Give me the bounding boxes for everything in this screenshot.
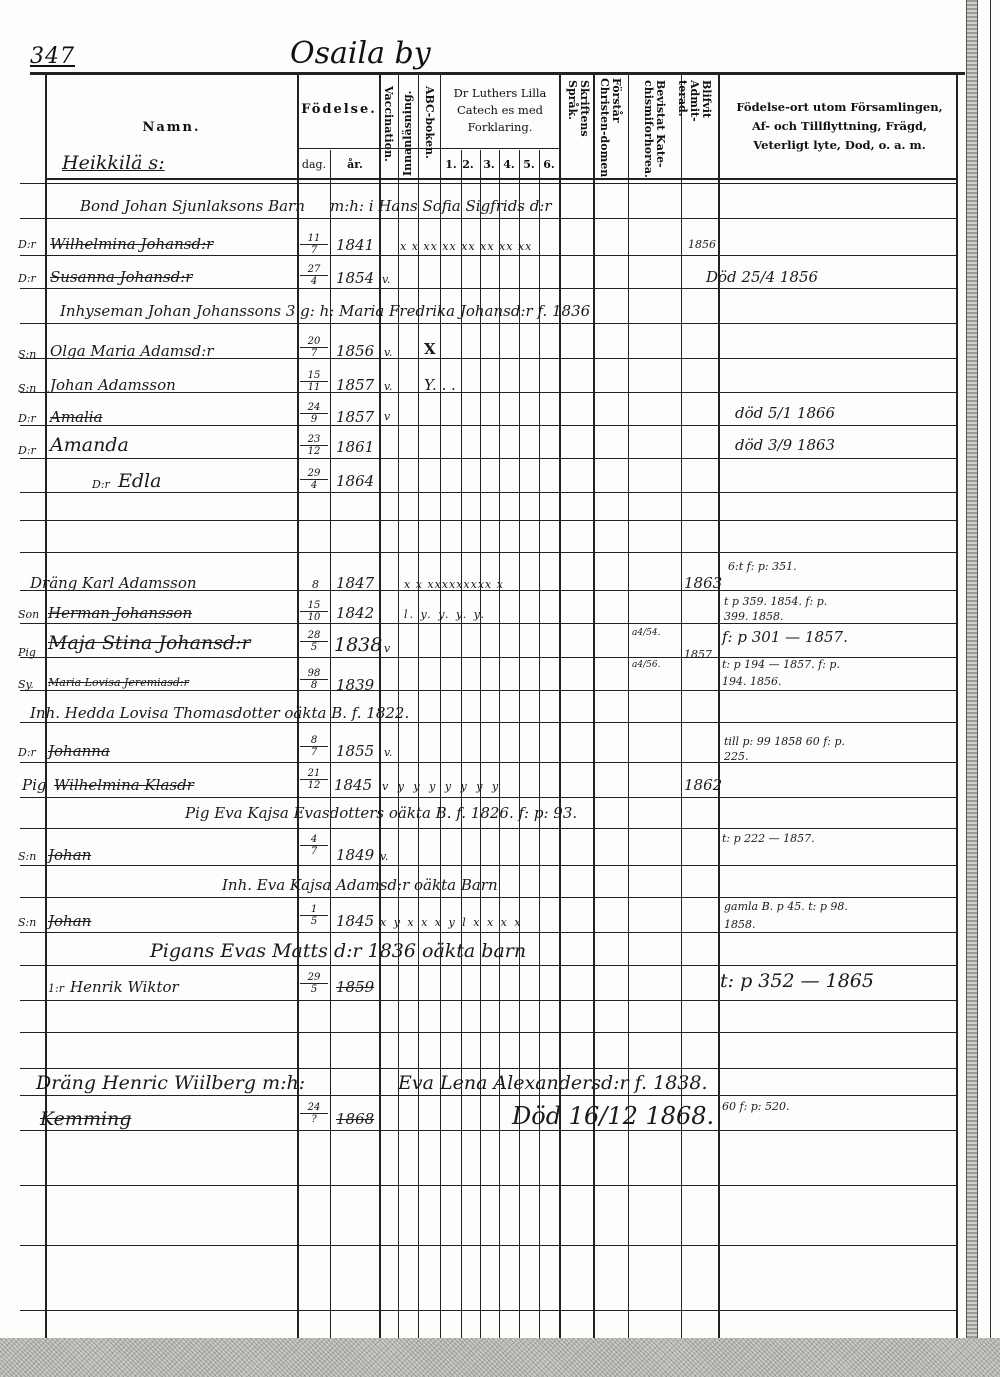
- row-rule: [20, 1000, 957, 1001]
- entry-heading: Pig Eva Kajsa Evasdotters oäkta B. f. 18…: [185, 804, 577, 822]
- header-birth-day: dag.: [298, 158, 330, 171]
- entry-name: Johan Adamsson: [50, 376, 176, 394]
- entry-year: 1861: [336, 438, 374, 456]
- entry-vacc: v.: [384, 380, 392, 393]
- entry-vacc: v.: [380, 850, 388, 863]
- entry-name: Wilhelmina Klasdr: [54, 776, 194, 794]
- entry-remarks: 60 f: p: 520.: [722, 1100, 790, 1113]
- header-catechism-part-3: 3.: [480, 158, 498, 171]
- entry-remarks: gamla B. p 45. t: p 98. 1858.: [724, 898, 854, 934]
- entry-prefix: 1:r: [48, 982, 64, 995]
- row-rule: [20, 1068, 957, 1069]
- entry-day: 117: [300, 233, 328, 256]
- entry-day: 1511: [300, 370, 328, 393]
- entry-year: 1839: [336, 676, 374, 694]
- scan-edge-noise: [0, 1338, 1000, 1377]
- entry-heading: Inh. Hedda Lovisa Thomasdotter oäkta B. …: [30, 704, 409, 722]
- grid-col-bevistat: [628, 75, 629, 1340]
- header-sub-rule: [298, 148, 560, 149]
- entry-year: 1842: [336, 604, 374, 622]
- entry-name: Henrik Wiktor: [70, 978, 179, 996]
- entry-year: 1868: [336, 1110, 374, 1128]
- entry-year: 1845: [334, 776, 372, 794]
- entry-remarks: död 5/1 1866: [735, 404, 835, 422]
- entry-year: 1849: [336, 846, 374, 864]
- entry-prefix: S:n: [18, 850, 36, 863]
- row-rule: [20, 520, 957, 521]
- entry-marks: l. y. y. y. y.: [404, 608, 486, 621]
- entry-remarks: t: p 194 — 1857. f: p. 194. 1856.: [722, 656, 852, 690]
- header-remarks-1: Födelse-ort utom Församlingen,: [722, 100, 957, 114]
- entry-bevistat: a4/54.: [632, 628, 660, 638]
- entry-name: Johanna: [48, 742, 110, 760]
- entry-prefix: S:n: [18, 382, 36, 395]
- grid-col-forstar: [593, 75, 595, 1340]
- header-innanlasning: Innanläsning.: [402, 86, 414, 176]
- entry-prefix: Dräng: [30, 574, 77, 592]
- entry-admitted: 1856: [688, 238, 716, 251]
- entry-day: 8: [312, 578, 319, 591]
- grid-col-abc: [418, 75, 419, 1340]
- row-rule: [20, 425, 957, 426]
- entry-vacc: v.: [384, 346, 392, 359]
- entry-name: Herman Johansson: [48, 604, 192, 622]
- entry-name: Kemming: [40, 1108, 131, 1130]
- grid-col-cat6: [539, 150, 540, 1340]
- entry-year: 1845: [336, 912, 374, 930]
- entry-year: 1855: [336, 742, 374, 760]
- entry-day: 207: [300, 336, 328, 359]
- entry-day: 988: [300, 668, 328, 691]
- register-page: 347 Osaila by Namn. Födelse. dag. år. Va…: [0, 0, 1000, 1377]
- grid-col-cat4: [499, 150, 500, 1340]
- entry-day: 2312: [300, 434, 328, 457]
- row-rule: [20, 865, 957, 866]
- row-rule: [20, 1130, 957, 1131]
- entry-year: 1854: [336, 269, 374, 287]
- entry-name: Olga Maria Adamsd:r: [50, 342, 214, 360]
- entry-admitted: 1863: [684, 574, 722, 592]
- row-rule: [20, 288, 957, 289]
- row-rule: [20, 1185, 957, 1186]
- header-remarks-3: Veterligt lyte, Dod, o. a. m.: [722, 138, 957, 152]
- book-binding: [966, 0, 978, 1338]
- entry-marks: Y. . .: [424, 376, 456, 394]
- header-bottom-rule: [45, 178, 957, 180]
- entry-bevistat: a4/56.: [632, 660, 660, 670]
- grid-col-skrift: [559, 75, 561, 1340]
- entry-prefix: Son: [18, 608, 39, 621]
- entry-prefix: S:n: [18, 916, 36, 929]
- entry-remarks: t: p 222 — 1857.: [722, 832, 815, 845]
- entry-day: 274: [300, 264, 328, 287]
- entry-prefix: D:r: [18, 238, 36, 251]
- header-catechism-part-4: 4.: [500, 158, 518, 171]
- entry-prefix: Sy.: [18, 678, 34, 691]
- entry-heading-extra: Eva Lena Alexandersd:r f. 1838.: [398, 1072, 708, 1094]
- entry-day: 2112: [300, 768, 328, 791]
- entry-vacc: v: [384, 642, 390, 655]
- row-rule: [20, 1310, 957, 1311]
- entry-vacc: v: [384, 410, 390, 423]
- entry-remarks: Död 25/4 1856: [706, 268, 818, 286]
- entry-prefix: D:r: [18, 272, 36, 285]
- row-rule: [20, 492, 957, 493]
- entry-day: 47: [300, 834, 328, 857]
- entry-remarks: t p 359. 1854. f: p. 399. 1858.: [724, 594, 844, 624]
- row-rule: [20, 828, 957, 829]
- entry-heading-extra: m:h: i Hans Sofia Sigfrids d:r: [330, 197, 552, 215]
- header-vaccination: Vaccination.: [382, 86, 394, 176]
- header-bevistat: Bevistat Kate-chismiforhorea.: [640, 80, 666, 180]
- entry-remarks: till p: 99 1858 60 f: p. 225.: [724, 734, 854, 764]
- entry-name: Susanna Johansd:r: [50, 268, 192, 286]
- village-title: Osaila by: [290, 36, 431, 71]
- header-catechism-part-2: 2.: [461, 158, 475, 171]
- grid-right-border: [956, 75, 958, 1340]
- entry-admitted: 1857: [684, 648, 712, 661]
- row-rule: [20, 183, 957, 184]
- grid-col-remarks: [718, 75, 720, 1340]
- row-rule: [20, 552, 957, 553]
- entry-heading: Dräng Henric Wiilberg m:h:: [36, 1072, 305, 1094]
- right-edge-line: [990, 0, 991, 1338]
- entry-heading: Pigans Evas Matts d:r 1836 oäkta barn: [150, 940, 526, 962]
- entry-name: Maja Stina Johansd:r: [48, 632, 251, 654]
- header-catechism-1: Dr Luthers Lilla: [440, 86, 560, 100]
- entry-year: 1857: [336, 408, 374, 426]
- entry-year: 1838: [334, 634, 382, 656]
- grid-col-blifvit: [681, 75, 682, 1340]
- entry-heading: Inh. Eva Kajsa Adamsd:r oäkta Barn: [222, 876, 498, 894]
- row-rule: [20, 458, 957, 459]
- header-birth: Födelse.: [298, 102, 380, 117]
- row-rule: [20, 722, 957, 723]
- farm-name: Heikkilä s:: [62, 152, 165, 174]
- entry-name: Karl Adamsson: [82, 574, 197, 592]
- header-abc-boken: ABC-boken.: [423, 86, 435, 176]
- row-rule: [20, 1032, 957, 1033]
- entry-remarks: t: p 352 — 1865: [720, 970, 874, 992]
- grid-col-year: [330, 150, 331, 1340]
- header-catechism-part-6: 6.: [540, 158, 558, 171]
- row-rule: [20, 218, 957, 219]
- entry-prefix: Pig: [18, 646, 36, 659]
- entry-name: Johan: [48, 912, 91, 930]
- entry-prefix: D:r: [18, 412, 36, 425]
- entry-marks: x x xx xx xx xx xx xx: [400, 240, 532, 253]
- entry-name: Johan: [48, 846, 91, 864]
- row-rule: [20, 690, 957, 691]
- grid-col-cat: [440, 75, 441, 1340]
- entry-year: 1857: [336, 376, 374, 394]
- entry-prefix: D:r: [18, 746, 36, 759]
- entry-day: 295: [300, 972, 328, 995]
- header-catechism-part-5: 5.: [520, 158, 538, 171]
- header-name: Namn.: [45, 120, 298, 135]
- entry-day: 294: [300, 468, 328, 491]
- entry-year: 1859: [336, 978, 374, 996]
- entry-day: 24?: [300, 1102, 328, 1125]
- entry-year: 1847: [336, 574, 374, 592]
- header-remarks-2: Af- och Tillflyttning, Frägd,: [722, 119, 957, 133]
- row-rule: [20, 1245, 957, 1246]
- entry-marks: X: [424, 340, 436, 358]
- row-rule: [20, 255, 957, 256]
- entry-name: Amanda: [50, 434, 129, 456]
- grid-col-cat2: [461, 150, 462, 1340]
- grid-col-cat5: [519, 150, 520, 1340]
- entry-marks: v y y y y y y y: [382, 780, 501, 793]
- header-blifvit: Blifvit Admit-terad.: [686, 80, 712, 150]
- entry-year: 1841: [336, 236, 374, 254]
- entry-year: 1864: [336, 472, 374, 490]
- entry-name: Wilhelmina Johansd:r: [50, 235, 213, 253]
- header-skriftens-sprak: Skriftens Språk.: [566, 80, 590, 180]
- header-catechism-part-1: 1.: [444, 158, 458, 171]
- entry-day: 87: [300, 735, 328, 758]
- entry-marks: x y x x x y l x x x x: [380, 916, 523, 929]
- entry-heading: Bond Johan Sjunlaksons Barn: [80, 197, 305, 215]
- entry-day: 249: [300, 402, 328, 425]
- row-rule: [20, 797, 957, 798]
- header-forstar: Förstår Christen-domen.: [596, 78, 622, 183]
- entry-death-note: Död 16/12 1868.: [512, 1102, 714, 1130]
- row-rule: [20, 965, 957, 966]
- entry-marks: x x xxxxxxxxx x: [404, 578, 504, 591]
- entry-prefix: D:r: [18, 444, 36, 457]
- entry-day: 1510: [300, 600, 328, 623]
- entry-prefix: D:r: [92, 478, 110, 491]
- entry-admitted: 1862: [684, 776, 722, 794]
- entry-name: Maria Lovisa Jeremiasd:r: [48, 676, 189, 689]
- entry-vacc: v.: [382, 273, 390, 286]
- entry-day: 285: [300, 630, 328, 653]
- header-birth-year: år.: [330, 158, 380, 171]
- grid-col-cat3: [480, 150, 481, 1340]
- entry-prefix: Pig: [22, 776, 47, 794]
- row-rule: [20, 1095, 957, 1096]
- entry-heading: Inhyseman Johan Johanssons 3 g: h: Maria…: [60, 302, 590, 320]
- entry-day: 15: [300, 904, 328, 927]
- entry-year: 1856: [336, 342, 374, 360]
- entry-vacc: v.: [384, 746, 392, 759]
- header-catechism-3: Forklaring.: [440, 120, 560, 134]
- entry-remarks: 6:t f: p: 351.: [728, 560, 797, 573]
- row-rule: [20, 323, 957, 324]
- header-catechism-2: Catech es med: [440, 103, 560, 117]
- top-rule: [30, 72, 965, 75]
- entry-name: Edla: [118, 470, 161, 492]
- entry-name: Amalia: [50, 408, 103, 426]
- entry-remarks: död 3/9 1863: [735, 436, 835, 454]
- entry-prefix: S:n: [18, 348, 36, 361]
- entry-remarks: f: p 301 — 1857.: [722, 628, 848, 646]
- page-number: 347: [30, 44, 75, 69]
